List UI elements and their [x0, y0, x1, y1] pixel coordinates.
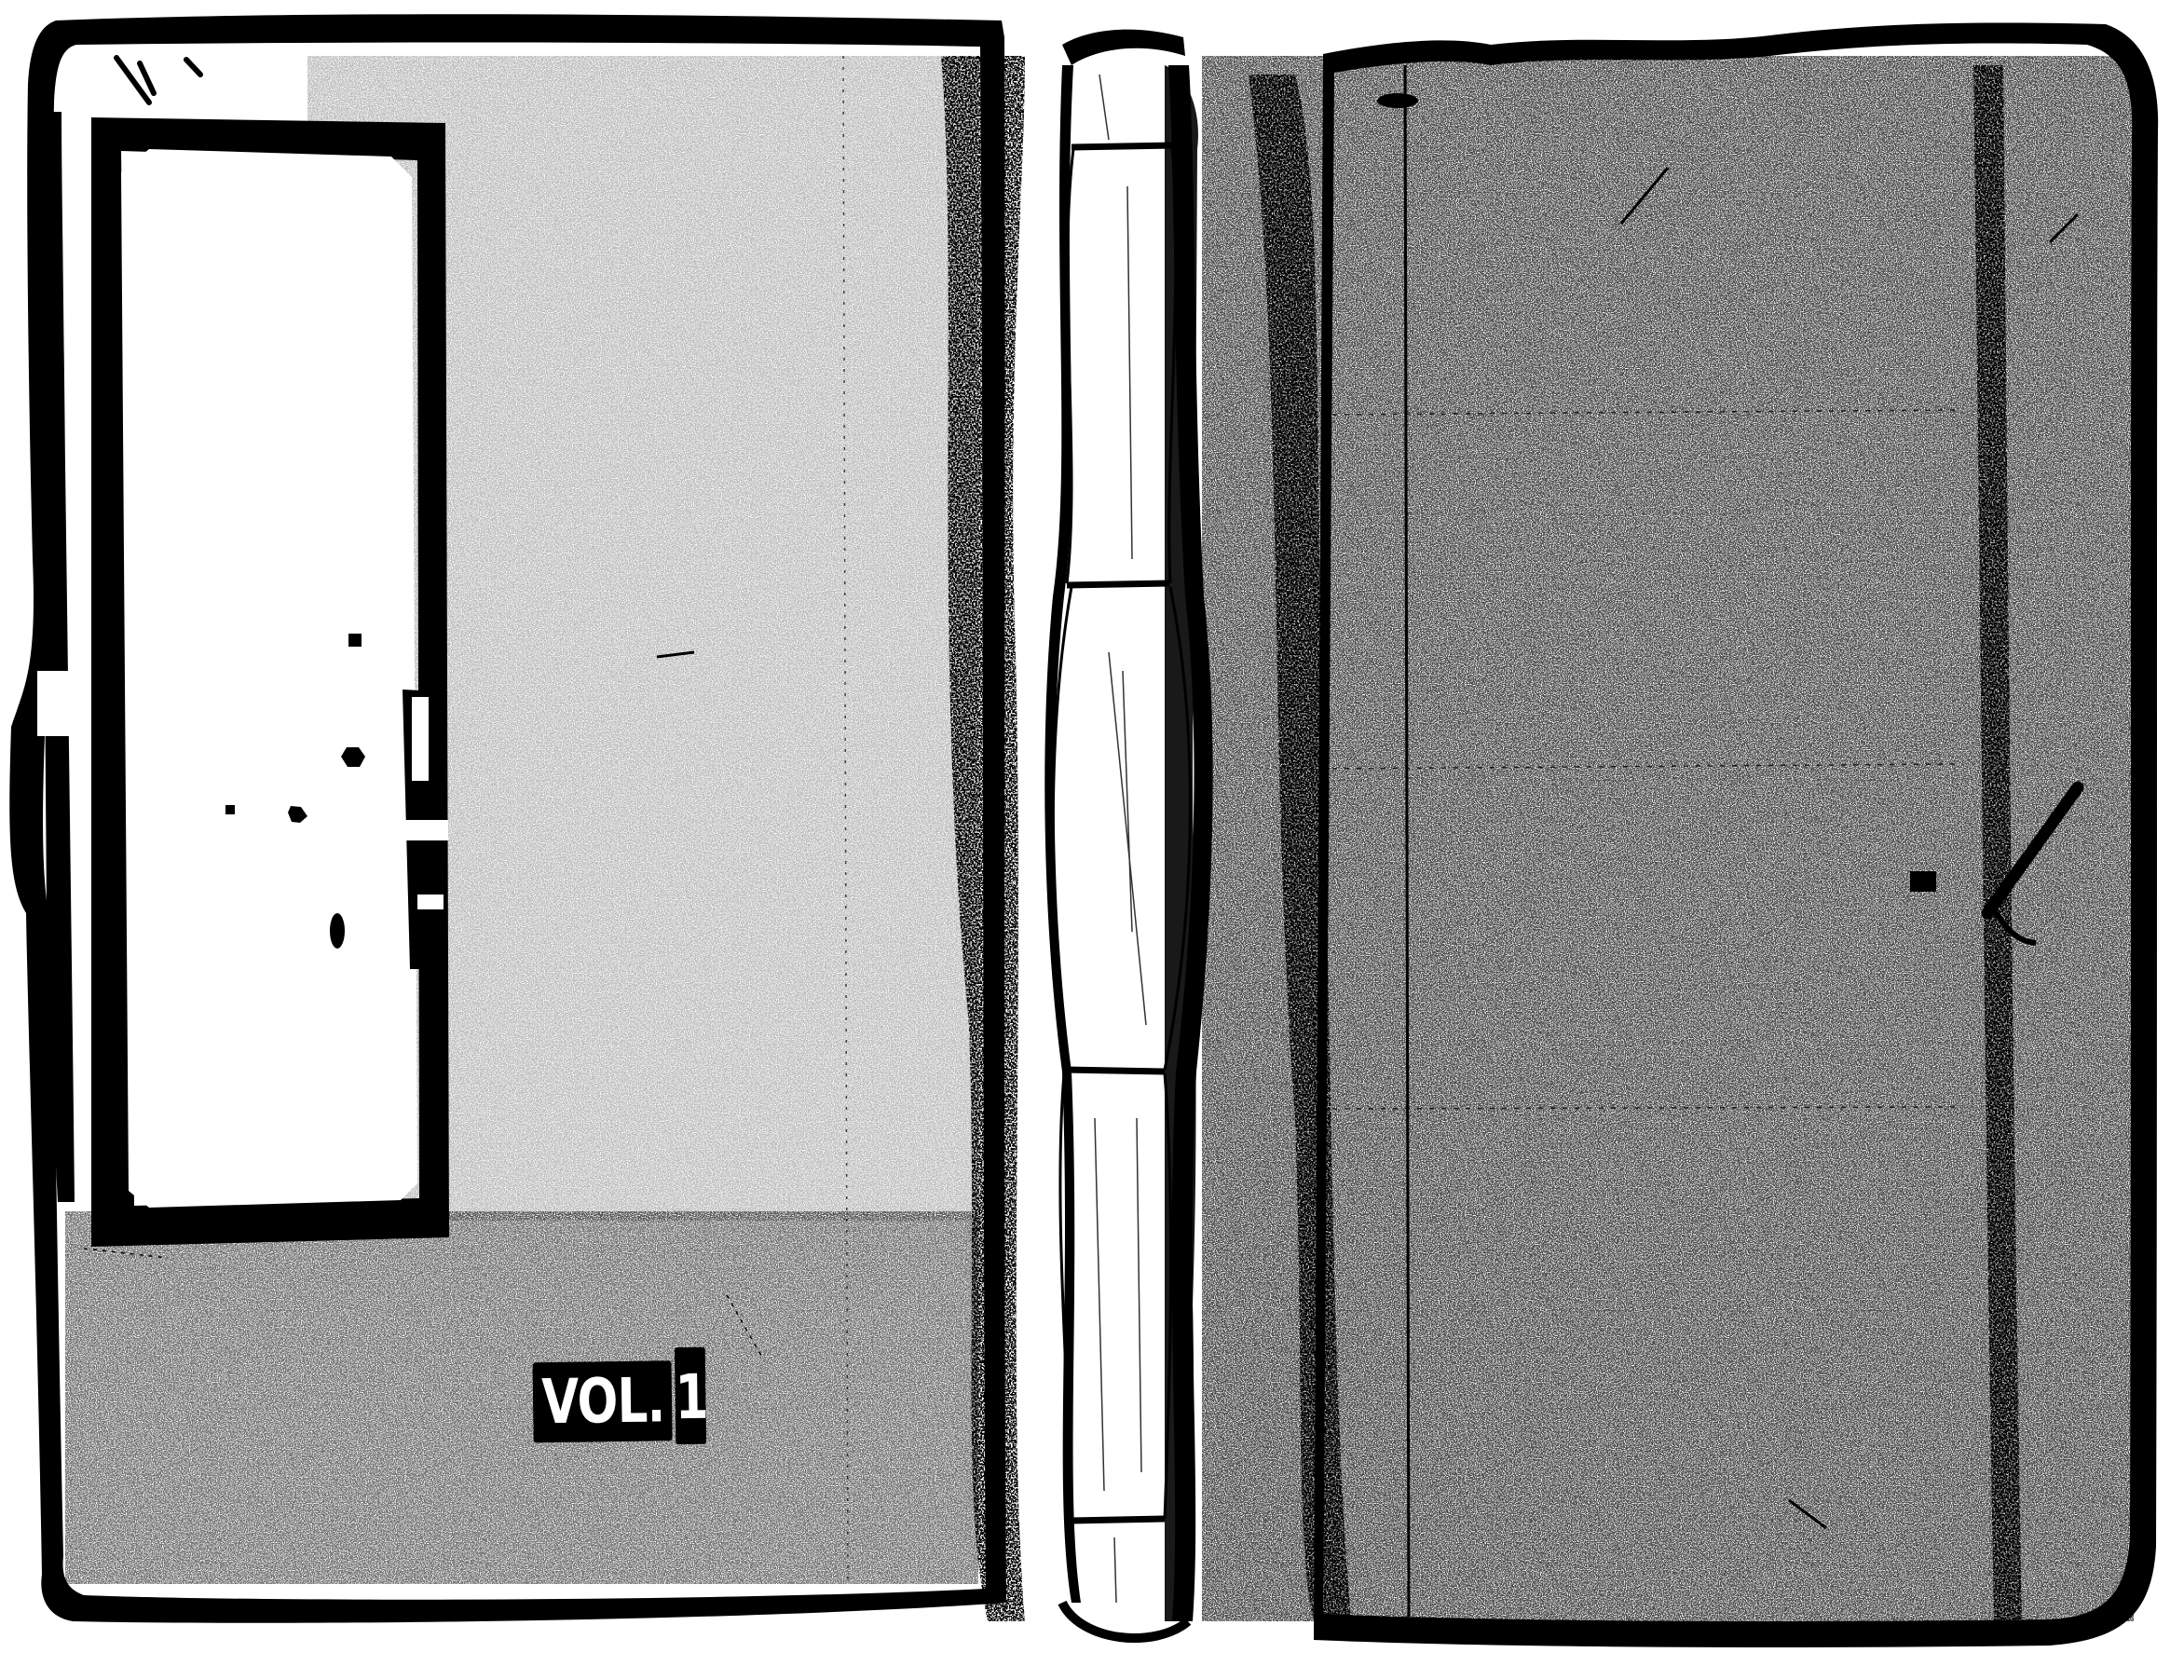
- volume-label-number: 1: [675, 1347, 706, 1444]
- spine: [941, 30, 1213, 1638]
- stitch-tie-2: [1067, 583, 1169, 585]
- volume-label: VOL. 1: [532, 1347, 712, 1445]
- right-cover: [1202, 23, 2158, 1648]
- spine-left-edge: [1044, 65, 1081, 1603]
- left-cover: [9, 14, 1006, 1623]
- title-slip: [121, 149, 417, 1208]
- stitch-tie-1: [1072, 145, 1174, 147]
- left-cover-fold-gap: [37, 671, 101, 736]
- book-scan: [0, 0, 2184, 1680]
- volume-label-prefix: VOL.: [532, 1360, 672, 1442]
- stitch-tie-4: [1072, 1519, 1165, 1521]
- stitch-tie-3: [1062, 1070, 1165, 1072]
